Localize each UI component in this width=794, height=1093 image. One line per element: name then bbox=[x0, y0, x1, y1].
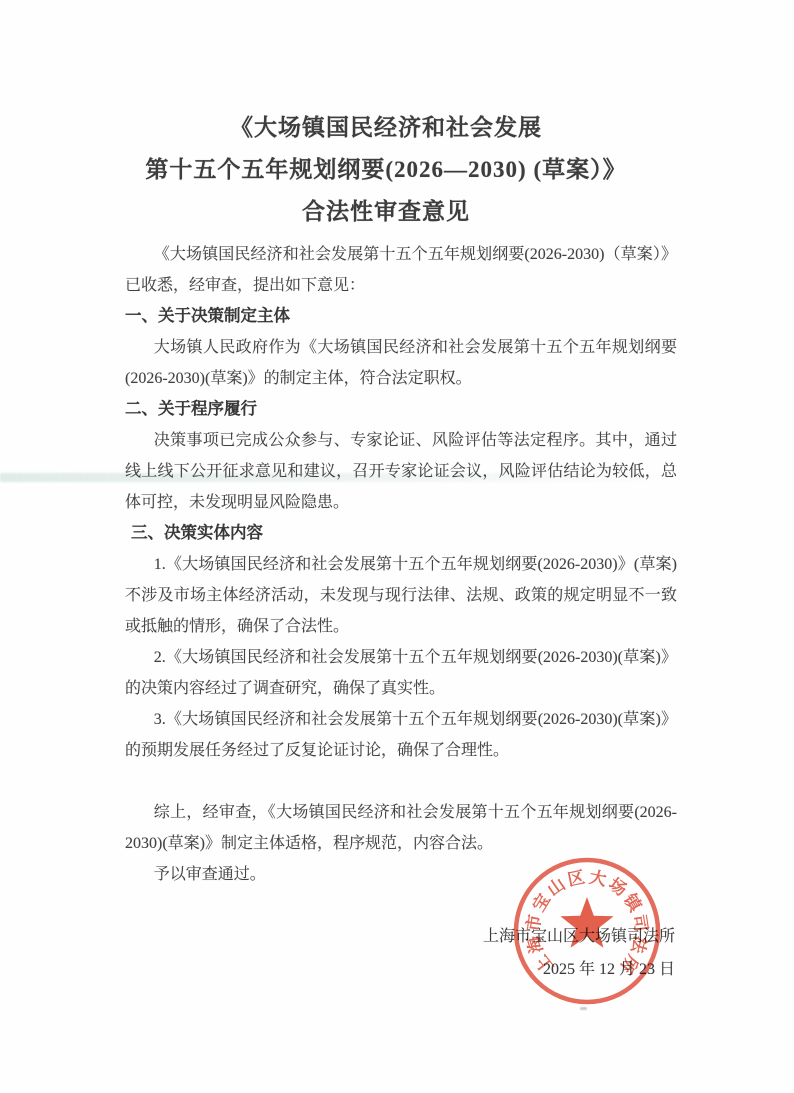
title-line-3: 合法性审查意见 bbox=[110, 191, 662, 233]
svg-text:区: 区 bbox=[566, 868, 586, 890]
heading-section-1: 一、关于决策制定主体 bbox=[125, 301, 677, 332]
para-section-1: 大场镇人民政府作为《大场镇国民经济和社会发展第十五个五年规划纲要(2026-20… bbox=[125, 332, 677, 394]
svg-text:山: 山 bbox=[544, 874, 569, 899]
document-body: 《大场镇国民经济和社会发展第十五个五年规划纲要(2026-2030)（草案）》已… bbox=[125, 239, 677, 890]
official-seal: 上海市宝山区大场镇司法所 bbox=[502, 846, 672, 1016]
title-line-2: 第十五个五年规划纲要(2026—2030) (草案）》 bbox=[110, 149, 662, 191]
svg-text:大: 大 bbox=[588, 867, 609, 890]
svg-text:镇: 镇 bbox=[620, 890, 646, 916]
document-title: 《大场镇国民经济和社会发展 第十五个五年规划纲要(2026—2030) (草案）… bbox=[110, 107, 662, 233]
svg-text:法: 法 bbox=[627, 934, 651, 956]
seal-star-icon bbox=[560, 897, 613, 948]
svg-text:司: 司 bbox=[629, 913, 650, 933]
svg-text:海: 海 bbox=[523, 933, 547, 955]
title-line-1: 《大场镇国民经济和社会发展 bbox=[110, 107, 662, 149]
svg-text:所: 所 bbox=[616, 951, 642, 977]
para-item-2: 2.《大场镇国民经济和社会发展第十五个五年规划纲要(2026-2030)(草案)… bbox=[125, 642, 677, 704]
scanned-document-page: 《大场镇国民经济和社会发展 第十五个五年规划纲要(2026—2030) (草案）… bbox=[0, 0, 794, 1093]
svg-text:上: 上 bbox=[531, 951, 557, 977]
svg-text:市: 市 bbox=[522, 913, 544, 933]
para-item-1: 1.《大场镇国民经济和社会发展第十五个五年规划纲要(2026-2030)》(草案… bbox=[125, 549, 677, 642]
para-section-2: 决策事项已完成公众参与、专家论证、风险评估等法定程序。其中，通过线上线下公开征求… bbox=[125, 425, 677, 518]
heading-section-2: 二、关于程序履行 bbox=[125, 394, 677, 425]
heading-section-3: 三、决策实体内容 bbox=[125, 518, 677, 549]
para-item-3: 3.《大场镇国民经济和社会发展第十五个五年规划纲要(2026-2030)(草案)… bbox=[125, 704, 677, 766]
blank-line bbox=[125, 766, 677, 797]
para-intro: 《大场镇国民经济和社会发展第十五个五年规划纲要(2026-2030)（草案）》已… bbox=[125, 239, 677, 301]
